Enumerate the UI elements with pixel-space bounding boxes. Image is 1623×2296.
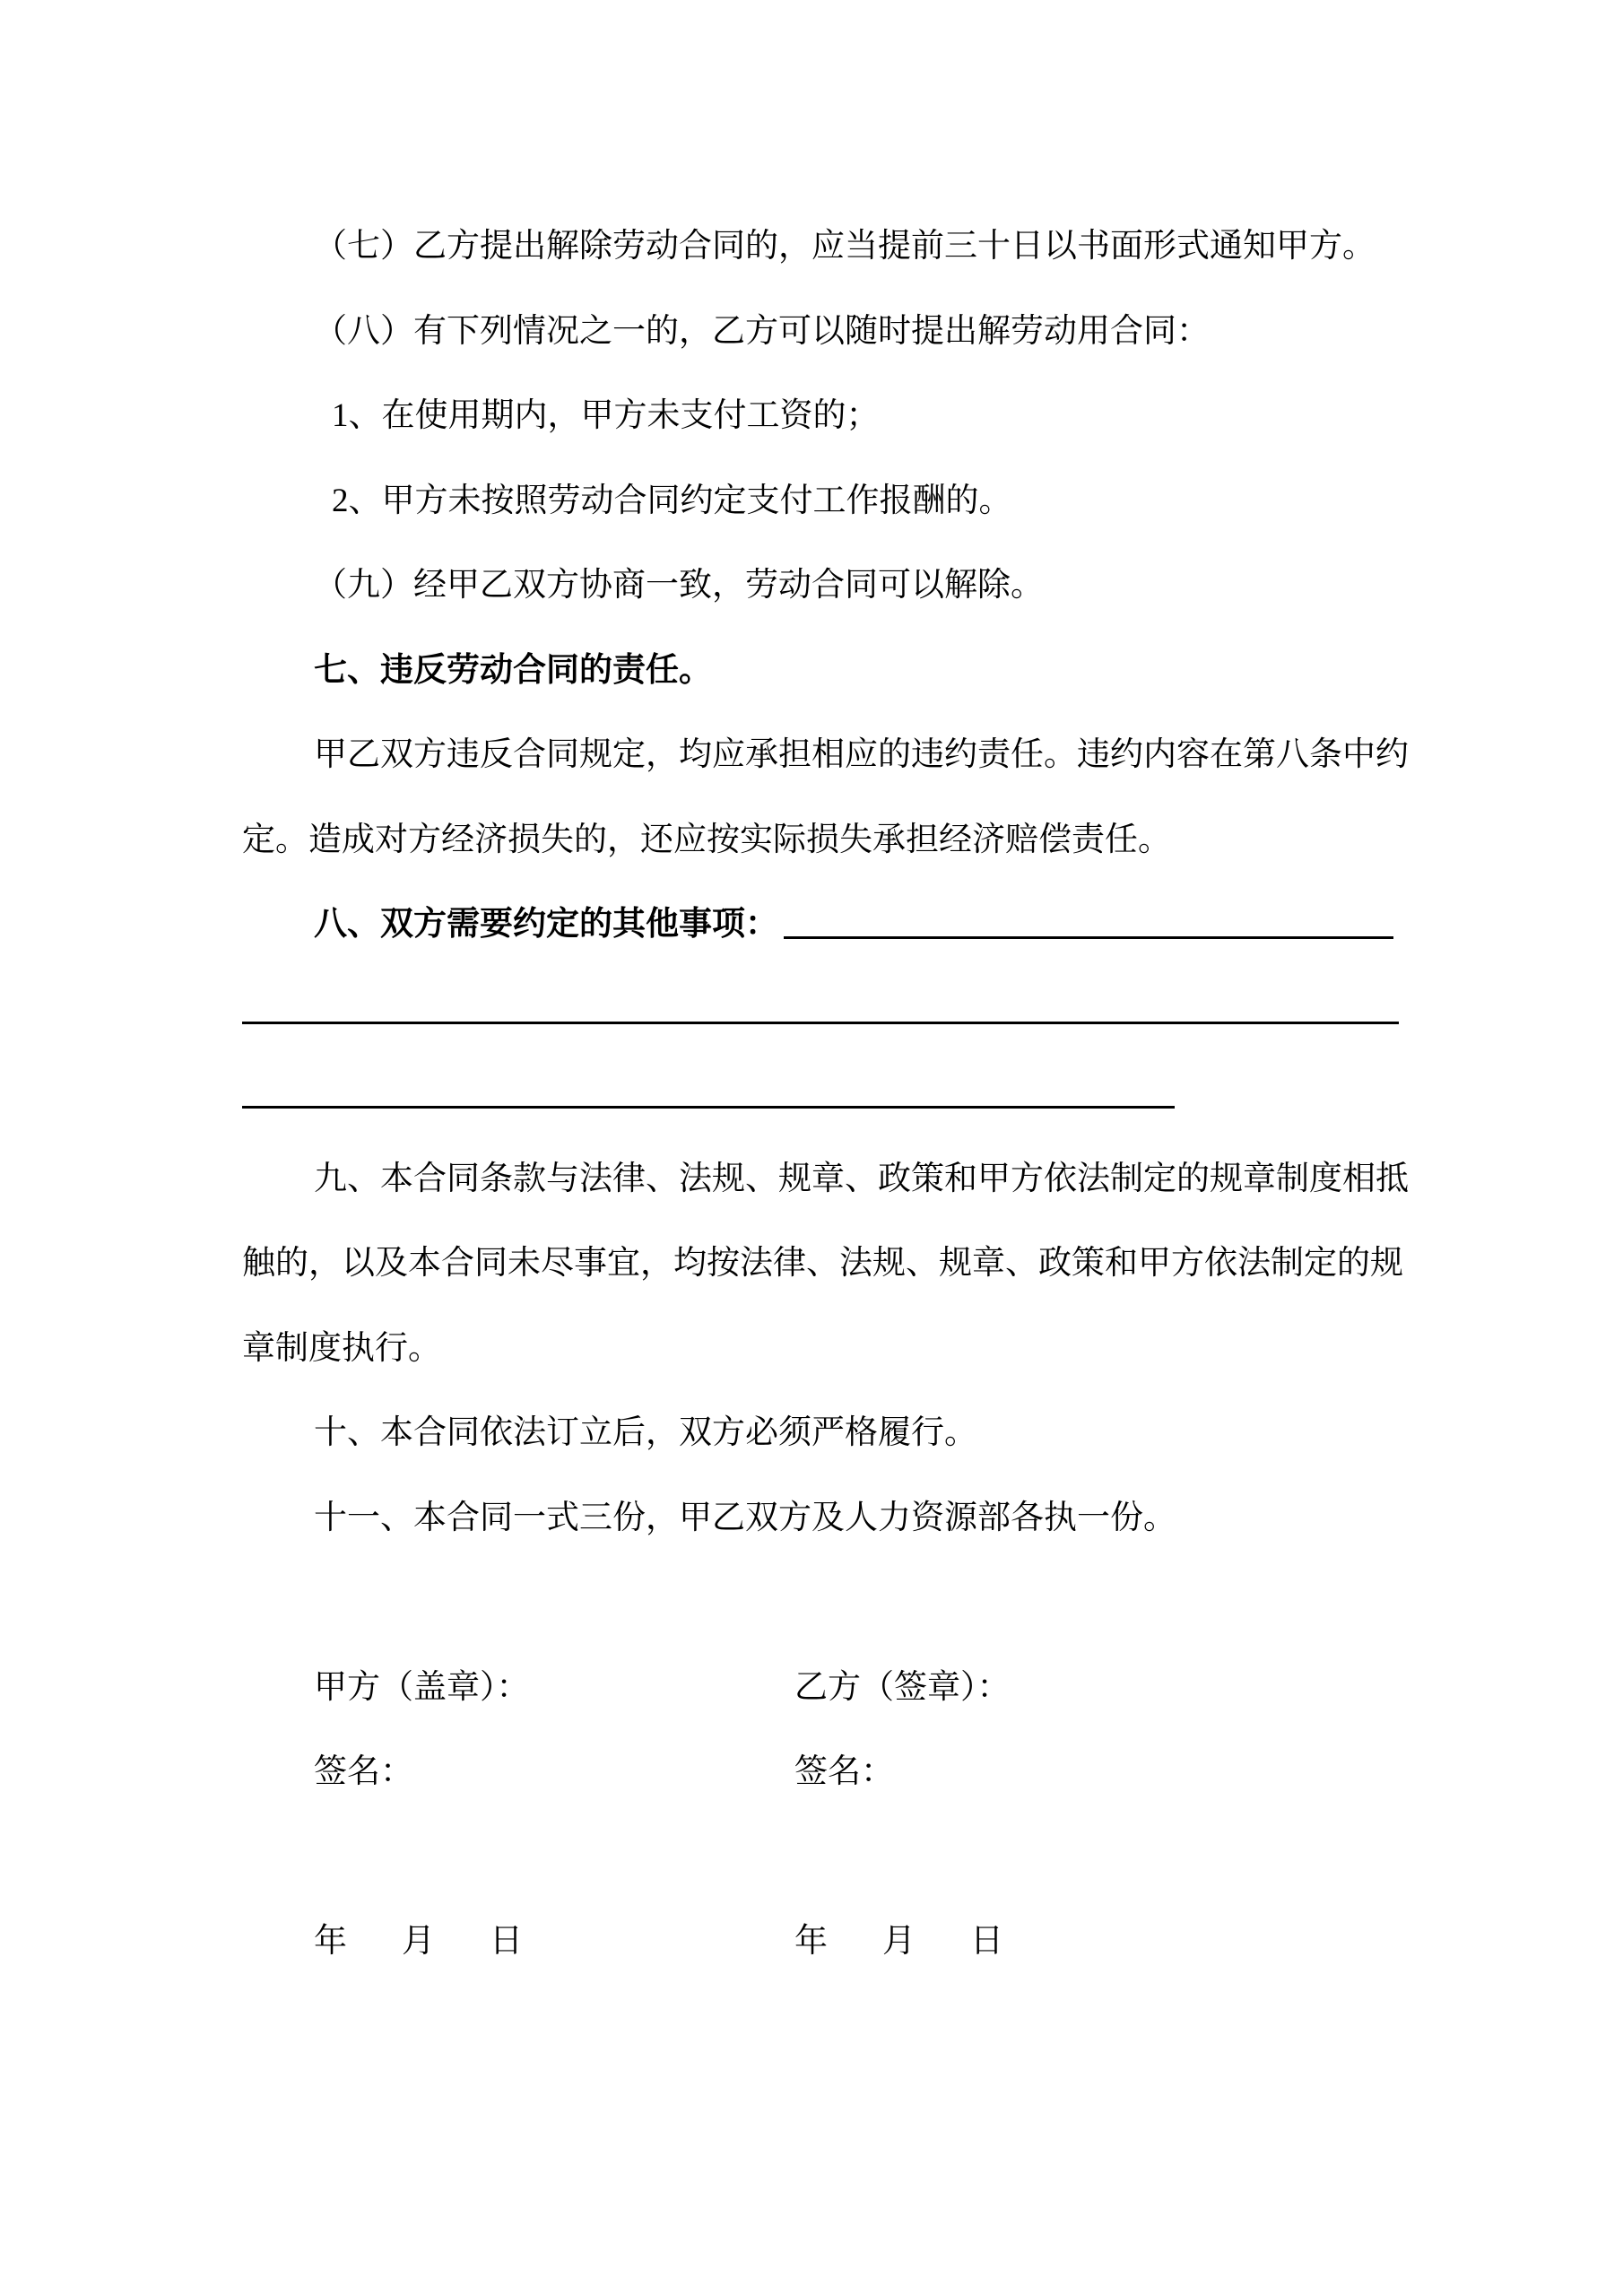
section-7-body-line-1: 甲乙双方违反合同规定，均应承担相应的违约责任。违约内容在第八条中约 (242, 713, 1399, 798)
signature-seal-row: 甲方（盖章）： 乙方（签章）： (242, 1646, 1399, 1731)
clause-7: （七）乙方提出解除劳动合同的，应当提前三十日以书面形式通知甲方。 (242, 204, 1399, 290)
clause-8-item-2: 2、甲方未按照劳动合同约定支付工作报酬的。 (242, 459, 1399, 544)
signature-name-row: 签名： 签名： (242, 1730, 1399, 1815)
other-items-blank-line-2 (242, 1052, 1399, 1137)
party-a-seal-label: 甲方（盖章）： (314, 1669, 530, 1706)
clause-8: （八）有下列情况之一的，乙方可以随时提出解劳动用合同： (242, 290, 1399, 375)
party-b-sign-label: 签名： (794, 1730, 894, 1815)
party-b-date-blank: 年 月 日 (794, 1900, 1014, 1985)
section-9-line-3: 章制度执行。 (242, 1307, 1399, 1392)
clause-9: （九）经甲乙双方协商一致，劳动合同可以解除。 (242, 544, 1399, 629)
section-9-line-1: 九、本合同条款与法律、法规、规章、政策和甲方依法制定的规章制度相抵 (242, 1137, 1399, 1222)
party-a-date-blank: 年 月 日 (314, 1923, 534, 1960)
document-body: （七）乙方提出解除劳动合同的，应当提前三十日以书面形式通知甲方。（八）有下列情况… (242, 204, 1399, 1561)
spacer-line (242, 1561, 1399, 1646)
section-7-heading: 七、违反劳动合同的责任。 (242, 629, 1399, 714)
party-a-sign-label: 签名： (314, 1753, 413, 1790)
section-7-body-line-2: 定。造成对方经济损失的，还应按实际损失承担经济赔偿责任。 (242, 798, 1399, 883)
section-10: 十、本合同依法订立后，双方必须严格履行。 (242, 1391, 1399, 1476)
spacer-line (242, 1815, 1399, 1900)
section-9-line-2: 触的，以及本合同未尽事宜，均按法律、法规、规章、政策和甲方依法制定的规 (242, 1222, 1399, 1307)
other-items-blank-line-1 (242, 968, 1399, 1053)
signature-date-row: 年 月 日 年 月 日 (242, 1900, 1399, 1985)
blank-underline (778, 883, 1399, 968)
clause-8-item-1: 1、在使用期内，甲方未支付工资的； (242, 374, 1399, 459)
section-11: 十一、本合同一式三份，甲乙双方及人力资源部各执一份。 (242, 1476, 1399, 1561)
section-heading-text: 八、双方需要约定的其他事项： (314, 883, 778, 968)
contract-page: （七）乙方提出解除劳动合同的，应当提前三十日以书面形式通知甲方。（八）有下列情况… (0, 0, 1623, 2296)
party-b-seal-label: 乙方（签章）： (794, 1646, 1011, 1731)
section-8-heading: 八、双方需要约定的其他事项： (242, 883, 1399, 968)
